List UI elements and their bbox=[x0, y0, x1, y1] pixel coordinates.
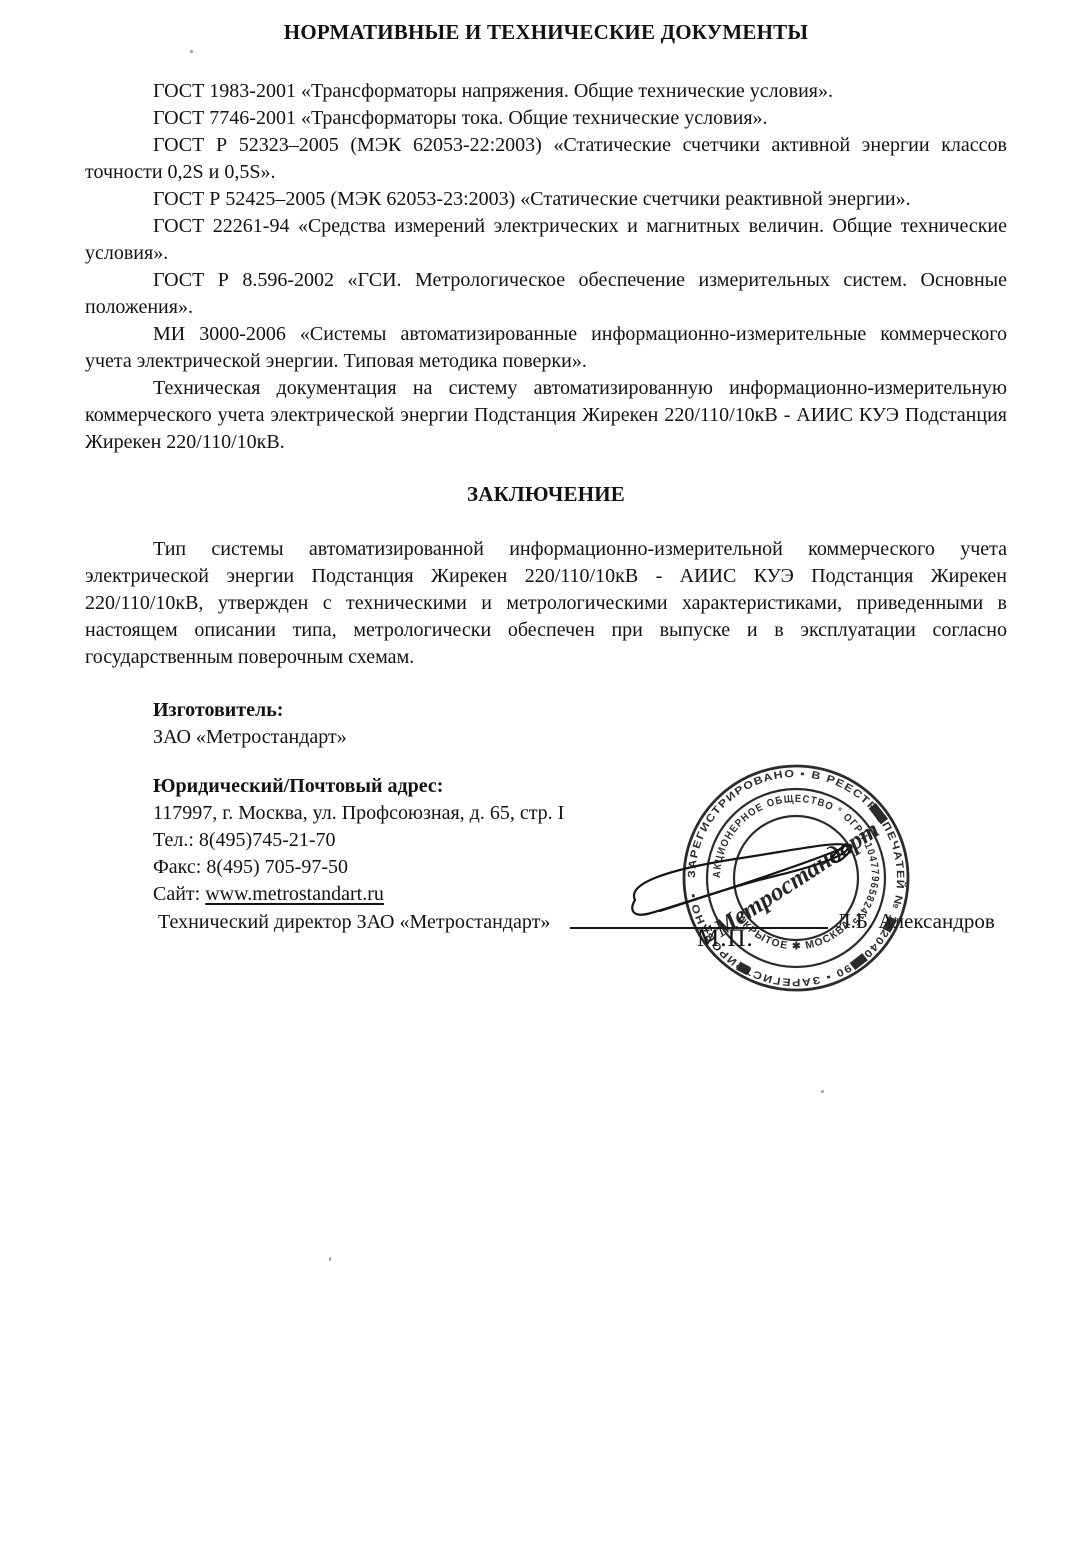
signer-role: Технический директор ЗАО «Метростандарт» bbox=[158, 909, 550, 936]
document-content: НОРМАТИВНЫЕ И ТЕХНИЧЕСКИЕ ДОКУМЕНТЫ ГОСТ… bbox=[0, 0, 1092, 936]
site-url: www.metrostandart.ru bbox=[205, 883, 384, 905]
document-item: ГОСТ Р 8.596-2002 «ГСИ. Метрологическое … bbox=[85, 267, 1007, 321]
phone-value: 8(495)745-21-70 bbox=[199, 829, 336, 851]
fax-label: Факс: bbox=[153, 856, 201, 878]
manufacturer-label: Изготовитель: bbox=[153, 697, 1007, 724]
document-item: ГОСТ 22261-94 «Средства измерений электр… bbox=[85, 213, 1007, 267]
signature-row: Технический директор ЗАО «Метростандарт»… bbox=[85, 908, 1071, 936]
document-page: НОРМАТИВНЫЕ И ТЕХНИЧЕСКИЕ ДОКУМЕНТЫ ГОСТ… bbox=[0, 0, 1092, 1560]
site-label: Сайт: bbox=[153, 883, 200, 905]
document-item: ГОСТ Р 52323–2005 (МЭК 62053-22:2003) «С… bbox=[85, 132, 1007, 186]
scan-speck bbox=[190, 50, 193, 53]
scan-speck bbox=[329, 1257, 331, 1261]
document-item: МИ 3000-2006 «Системы автоматизированные… bbox=[85, 321, 1007, 375]
fax-value: 8(495) 705-97-50 bbox=[206, 856, 348, 878]
scan-speck bbox=[821, 1090, 824, 1093]
document-item: ГОСТ 7746-2001 «Трансформаторы тока. Общ… bbox=[85, 105, 1007, 132]
handwritten-signature bbox=[605, 826, 905, 944]
manufacturer-block: Изготовитель: ЗАО «Метростандарт» bbox=[85, 697, 1007, 751]
page-title: НОРМАТИВНЫЕ И ТЕХНИЧЕСКИЕ ДОКУМЕНТЫ bbox=[85, 20, 1007, 44]
phone-label: Тел.: bbox=[153, 829, 194, 851]
manufacturer-name: ЗАО «Метростандарт» bbox=[153, 724, 1007, 751]
conclusion-paragraph: Тип системы автоматизированной информаци… bbox=[85, 536, 1007, 671]
document-item: ГОСТ 1983-2001 «Трансформаторы напряжени… bbox=[85, 78, 1007, 105]
document-item: ГОСТ Р 52425–2005 (МЭК 62053-23:2003) «С… bbox=[85, 186, 1007, 213]
conclusion-heading: ЗАКЛЮЧЕНИЕ bbox=[85, 482, 1007, 506]
document-item: Техническая документация на систему авто… bbox=[85, 375, 1007, 456]
